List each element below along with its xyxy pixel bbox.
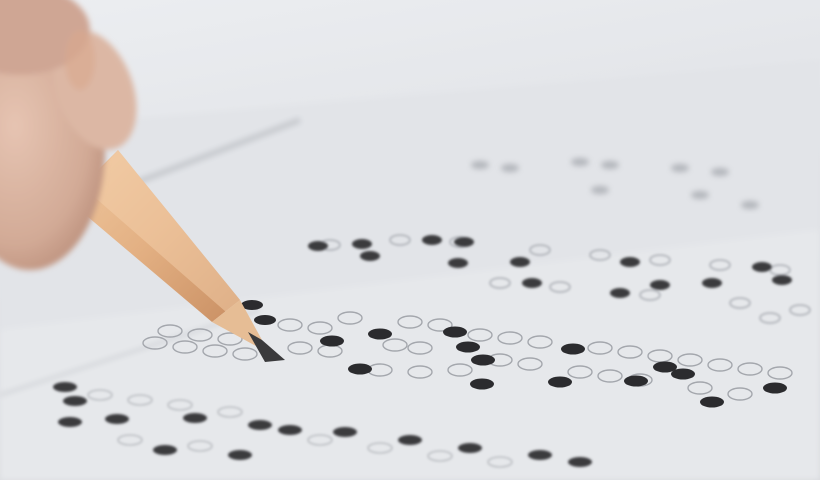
photo-illustration: [0, 0, 820, 480]
answer-sheet-photo: Close-up photo of a hand holding a penci…: [0, 0, 820, 480]
